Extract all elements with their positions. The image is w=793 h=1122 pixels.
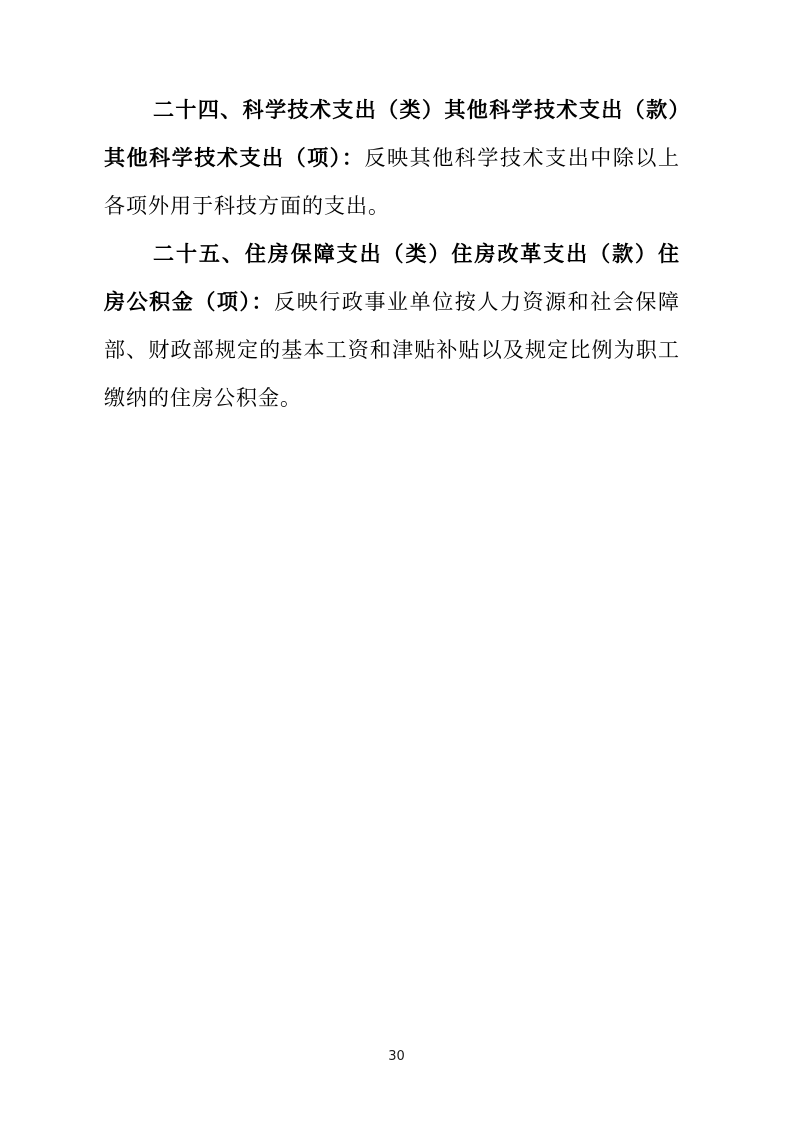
page-number: 30 — [388, 1049, 405, 1064]
document-page: 二十四、科学技术支出（类）其他科学技术支出（款）其他科学技术支出（项）：反映其他… — [0, 0, 793, 1122]
document-content: 二十四、科学技术支出（类）其他科学技术支出（款）其他科学技术支出（项）：反映其他… — [104, 86, 680, 422]
page-footer: 30 — [0, 1045, 793, 1064]
paragraph-clause-24: 二十四、科学技术支出（类）其他科学技术支出（款）其他科学技术支出（项）：反映其他… — [104, 86, 680, 230]
paragraph-clause-25: 二十五、住房保障支出（类）住房改革支出（款）住房公积金（项）：反映行政事业单位按… — [104, 230, 680, 422]
